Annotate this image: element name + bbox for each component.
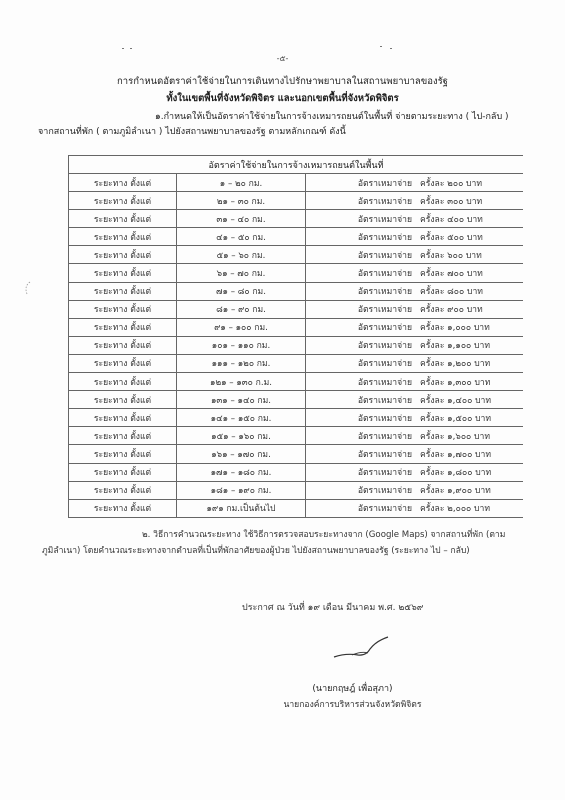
distance-range: ๘๑ – ๙๐ กม. — [177, 300, 306, 318]
document-title-line2: ทั้งในเขตพื้นที่จังหวัดพิจิตร และนอกเขตพ… — [0, 91, 565, 106]
rate-label: อัตราเหมาจ่าย — [316, 465, 412, 479]
rate-cell: อัตราเหมาจ่ายครั้งละ ๔๐๐ บาท — [306, 210, 524, 228]
scan-mark-icon — [22, 280, 32, 296]
table-row: ระยะทาง ตั้งแต่๑๓๑ – ๑๔๐ กม.อัตราเหมาจ่า… — [69, 391, 524, 409]
rate-cell: อัตราเหมาจ่ายครั้งละ ๕๐๐ บาท — [306, 228, 524, 246]
rate-cell: อัตราเหมาจ่ายครั้งละ ๘๐๐ บาท — [306, 282, 524, 300]
scan-speck — [390, 48, 392, 49]
table-row: ระยะทาง ตั้งแต่๒๑ – ๓๐ กม.อัตราเหมาจ่ายค… — [69, 192, 524, 210]
table-row: ระยะทาง ตั้งแต่๑๖๑ – ๑๗๐ กม.อัตราเหมาจ่า… — [69, 445, 524, 463]
rate-value: ครั้งละ ๙๐๐ บาท — [420, 305, 483, 315]
rate-cell: อัตราเหมาจ่ายครั้งละ ๑,๓๐๐ บาท — [306, 373, 524, 391]
distance-label: ระยะทาง ตั้งแต่ — [69, 463, 177, 481]
rate-cell: อัตราเหมาจ่ายครั้งละ ๓๐๐ บาท — [306, 192, 524, 210]
rate-cell: อัตราเหมาจ่ายครั้งละ ๖๐๐ บาท — [306, 246, 524, 264]
rate-label: อัตราเหมาจ่าย — [316, 483, 412, 497]
rate-label: อัตราเหมาจ่าย — [316, 176, 412, 190]
signer-name: (นายกฤษฎ์ เพื่อสุภา) — [0, 681, 565, 695]
page-number: -๕- — [0, 52, 565, 65]
table-row: ระยะทาง ตั้งแต่๑๔๑ – ๑๕๐ กม.อัตราเหมาจ่า… — [69, 409, 524, 427]
table-row: ระยะทาง ตั้งแต่๙๑ – ๑๐๐ กม.อัตราเหมาจ่าย… — [69, 318, 524, 336]
rate-label: อัตราเหมาจ่าย — [316, 230, 412, 244]
table-row: ระยะทาง ตั้งแต่๑๑๑ – ๑๒๐ กม.อัตราเหมาจ่า… — [69, 354, 524, 372]
rate-value: ครั้งละ ๗๐๐ บาท — [420, 269, 483, 279]
rate-value: ครั้งละ ๔๐๐ บาท — [420, 215, 483, 225]
signer-title: นายกองค์การบริหารส่วนจังหวัดพิจิตร — [0, 697, 565, 711]
distance-label: ระยะทาง ตั้งแต่ — [69, 499, 177, 517]
rate-label: อัตราเหมาจ่าย — [316, 212, 412, 226]
rate-cell: อัตราเหมาจ่ายครั้งละ ๑,๒๐๐ บาท — [306, 354, 524, 372]
distance-label: ระยะทาง ตั้งแต่ — [69, 373, 177, 391]
rate-value: ครั้งละ ๒๐๐ บาท — [420, 179, 482, 189]
table-row: ระยะทาง ตั้งแต่๗๑ – ๘๐ กม.อัตราเหมาจ่ายค… — [69, 282, 524, 300]
distance-range: ๗๑ – ๘๐ กม. — [177, 282, 306, 300]
table-row: ระยะทาง ตั้งแต่๑ – ๒๐ กม.อัตราเหมาจ่ายคร… — [69, 174, 524, 192]
distance-label: ระยะทาง ตั้งแต่ — [69, 192, 177, 210]
distance-range: ๑๖๑ – ๑๗๐ กม. — [177, 445, 306, 463]
rate-label: อัตราเหมาจ่าย — [316, 194, 412, 208]
rate-value: ครั้งละ ๑,๐๐๐ บาท — [420, 323, 490, 333]
rate-label: อัตราเหมาจ่าย — [316, 447, 412, 461]
announcement-date: ประกาศ ณ วันที่ ๑๙ เดือน มีนาคม พ.ศ. ๒๕๖… — [242, 600, 423, 614]
rate-label: อัตราเหมาจ่าย — [316, 393, 412, 407]
rate-cell: อัตราเหมาจ่ายครั้งละ ๗๐๐ บาท — [306, 264, 524, 282]
distance-label: ระยะทาง ตั้งแต่ — [69, 354, 177, 372]
rate-cell: อัตราเหมาจ่ายครั้งละ ๙๐๐ บาท — [306, 300, 524, 318]
rate-label: อัตราเหมาจ่าย — [316, 284, 412, 298]
distance-range: ๓๑ – ๔๐ กม. — [177, 210, 306, 228]
table-row: ระยะทาง ตั้งแต่๑๘๑ – ๑๙๐ กม.อัตราเหมาจ่า… — [69, 481, 524, 499]
distance-range: ๙๑ – ๑๐๐ กม. — [177, 318, 306, 336]
table-row: ระยะทาง ตั้งแต่๔๑ – ๕๐ กม.อัตราเหมาจ่ายค… — [69, 228, 524, 246]
rate-value: ครั้งละ ๑,๔๐๐ บาท — [420, 396, 491, 406]
distance-range: ๑๔๑ – ๑๕๐ กม. — [177, 409, 306, 427]
rate-value: ครั้งละ ๑,๓๐๐ บาท — [420, 378, 490, 388]
distance-label: ระยะทาง ตั้งแต่ — [69, 391, 177, 409]
document-page: -๕- การกำหนดอัตราค่าใช้จ่ายในการเดินทางไ… — [0, 0, 565, 800]
distance-range: ๕๑ – ๖๐ กม. — [177, 246, 306, 264]
rate-cell: อัตราเหมาจ่ายครั้งละ ๑,๐๐๐ บาท — [306, 318, 524, 336]
distance-label: ระยะทาง ตั้งแต่ — [69, 481, 177, 499]
rate-value: ครั้งละ ๓๐๐ บาท — [420, 197, 482, 207]
distance-label: ระยะทาง ตั้งแต่ — [69, 445, 177, 463]
scan-speck — [122, 48, 124, 49]
distance-range: ๑๗๑ – ๑๘๐ กม. — [177, 463, 306, 481]
rate-value: ครั้งละ ๖๐๐ บาท — [420, 251, 482, 261]
rate-cell: อัตราเหมาจ่ายครั้งละ ๑,๗๐๐ บาท — [306, 445, 524, 463]
section2-text: ๒. วิธีการคำนวณระยะทาง ใช้วิธีการตรวจสอบ… — [42, 530, 505, 556]
distance-range: ๑๙๑ กม.เป็นต้นไป — [177, 499, 306, 517]
distance-label: ระยะทาง ตั้งแต่ — [69, 336, 177, 354]
rate-value: ครั้งละ ๑,๕๐๐ บาท — [420, 414, 491, 424]
distance-range: ๔๑ – ๕๐ กม. — [177, 228, 306, 246]
table-row: ระยะทาง ตั้งแต่๓๑ – ๔๐ กม.อัตราเหมาจ่ายค… — [69, 210, 524, 228]
distance-label: ระยะทาง ตั้งแต่ — [69, 300, 177, 318]
scan-speck — [130, 48, 132, 49]
distance-range: ๑ – ๒๐ กม. — [177, 174, 306, 192]
rate-label: อัตราเหมาจ่าย — [316, 411, 412, 425]
table-row: ระยะทาง ตั้งแต่๑๒๑ – ๑๓๐ ก.ม.อัตราเหมาจ่… — [69, 373, 524, 391]
rate-cell: อัตราเหมาจ่ายครั้งละ ๑,๔๐๐ บาท — [306, 391, 524, 409]
distance-label: ระยะทาง ตั้งแต่ — [69, 246, 177, 264]
distance-label: ระยะทาง ตั้งแต่ — [69, 174, 177, 192]
document-title-line1: การกำหนดอัตราค่าใช้จ่ายในการเดินทางไปรัก… — [0, 74, 565, 89]
rate-cell: อัตราเหมาจ่ายครั้งละ ๒,๐๐๐ บาท — [306, 499, 524, 517]
rate-cell: อัตราเหมาจ่ายครั้งละ ๑,๘๐๐ บาท — [306, 463, 524, 481]
rate-value: ครั้งละ ๘๐๐ บาท — [420, 287, 483, 297]
rate-value: ครั้งละ ๑,๘๐๐ บาท — [420, 468, 491, 478]
table-row: ระยะทาง ตั้งแต่๕๑ – ๖๐ กม.อัตราเหมาจ่ายค… — [69, 246, 524, 264]
rate-value: ครั้งละ ๑,๖๐๐ บาท — [420, 432, 490, 442]
rate-label: อัตราเหมาจ่าย — [316, 429, 412, 443]
distance-label: ระยะทาง ตั้งแต่ — [69, 427, 177, 445]
distance-range: ๖๑ – ๗๐ กม. — [177, 264, 306, 282]
distance-label: ระยะทาง ตั้งแต่ — [69, 282, 177, 300]
distance-label: ระยะทาง ตั้งแต่ — [69, 264, 177, 282]
section1-line2: จากสถานที่พัก ( ตามภูมิลำเนา ) ไปยังสถาน… — [38, 124, 346, 138]
rate-cell: อัตราเหมาจ่ายครั้งละ ๑,๑๐๐ บาท — [306, 336, 524, 354]
rate-value: ครั้งละ ๕๐๐ บาท — [420, 233, 483, 243]
signature-icon — [332, 633, 392, 663]
table-row: ระยะทาง ตั้งแต่๑๕๑ – ๑๖๐ กม.อัตราเหมาจ่า… — [69, 427, 524, 445]
rate-value: ครั้งละ ๑,๗๐๐ บาท — [420, 450, 491, 460]
rate-label: อัตราเหมาจ่าย — [316, 320, 412, 334]
rate-label: อัตราเหมาจ่าย — [316, 375, 412, 389]
distance-range: ๑๘๑ – ๑๙๐ กม. — [177, 481, 306, 499]
distance-range: ๑๐๑ – ๑๑๐ กม. — [177, 336, 306, 354]
table-header-row: อัตราค่าใช้จ่ายในการจ้างเหมารถยนต์ในพื้น… — [69, 156, 524, 174]
rate-cell: อัตราเหมาจ่ายครั้งละ ๑,๙๐๐ บาท — [306, 481, 524, 499]
rate-label: อัตราเหมาจ่าย — [316, 338, 412, 352]
distance-range: ๑๒๑ – ๑๓๐ ก.ม. — [177, 373, 306, 391]
table-row: ระยะทาง ตั้งแต่๑๙๑ กม.เป็นต้นไปอัตราเหมา… — [69, 499, 524, 517]
rate-value: ครั้งละ ๑,๒๐๐ บาท — [420, 359, 490, 369]
section2-paragraph: ๒. วิธีการคำนวณระยะทาง ใช้วิธีการตรวจสอบ… — [42, 528, 520, 559]
rate-cell: อัตราเหมาจ่ายครั้งละ ๑,๖๐๐ บาท — [306, 427, 524, 445]
table-row: ระยะทาง ตั้งแต่๑๐๑ – ๑๑๐ กม.อัตราเหมาจ่า… — [69, 336, 524, 354]
distance-range: ๑๓๑ – ๑๔๐ กม. — [177, 391, 306, 409]
rate-label: อัตราเหมาจ่าย — [316, 501, 412, 515]
rate-label: อัตราเหมาจ่าย — [316, 266, 412, 280]
distance-label: ระยะทาง ตั้งแต่ — [69, 318, 177, 336]
rates-table: อัตราค่าใช้จ่ายในการจ้างเหมารถยนต์ในพื้น… — [68, 155, 523, 518]
table-row: ระยะทาง ตั้งแต่๑๗๑ – ๑๘๐ กม.อัตราเหมาจ่า… — [69, 463, 524, 481]
distance-range: ๒๑ – ๓๐ กม. — [177, 192, 306, 210]
table-row: ระยะทาง ตั้งแต่๖๑ – ๗๐ กม.อัตราเหมาจ่ายค… — [69, 264, 524, 282]
distance-label: ระยะทาง ตั้งแต่ — [69, 409, 177, 427]
table-row: ระยะทาง ตั้งแต่๘๑ – ๙๐ กม.อัตราเหมาจ่ายค… — [69, 300, 524, 318]
table-header: อัตราค่าใช้จ่ายในการจ้างเหมารถยนต์ในพื้น… — [69, 156, 524, 174]
rate-cell: อัตราเหมาจ่ายครั้งละ ๒๐๐ บาท — [306, 174, 524, 192]
scan-speck — [380, 46, 382, 47]
rate-value: ครั้งละ ๑,๙๐๐ บาท — [420, 486, 491, 496]
rate-value: ครั้งละ ๑,๑๐๐ บาท — [420, 341, 490, 351]
distance-label: ระยะทาง ตั้งแต่ — [69, 210, 177, 228]
rate-label: อัตราเหมาจ่าย — [316, 302, 412, 316]
rate-value: ครั้งละ ๒,๐๐๐ บาท — [420, 504, 490, 514]
rate-label: อัตราเหมาจ่าย — [316, 248, 412, 262]
distance-label: ระยะทาง ตั้งแต่ — [69, 228, 177, 246]
distance-range: ๑๕๑ – ๑๖๐ กม. — [177, 427, 306, 445]
distance-range: ๑๑๑ – ๑๒๐ กม. — [177, 354, 306, 372]
section1-line1: ๑.กำหนดให้เป็นอัตราค่าใช้จ่ายในการจ้างเห… — [155, 109, 509, 123]
rate-label: อัตราเหมาจ่าย — [316, 356, 412, 370]
rate-cell: อัตราเหมาจ่ายครั้งละ ๑,๕๐๐ บาท — [306, 409, 524, 427]
